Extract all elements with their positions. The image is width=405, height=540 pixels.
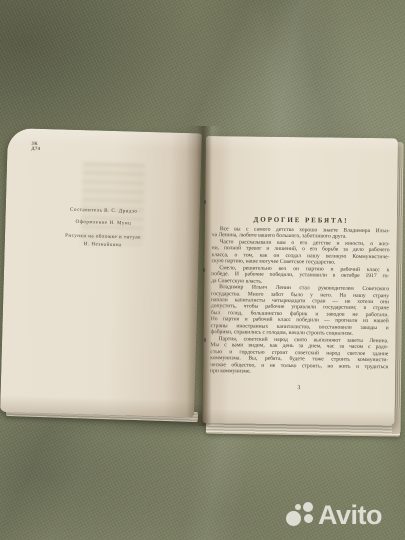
page-heading: ДОРОГИЕ РЕБЯТА! xyxy=(205,215,397,225)
binding-stitch xyxy=(204,338,206,342)
avito-watermark: Avito xyxy=(286,494,402,536)
stamp-line: Д74 xyxy=(31,146,40,152)
credits-block: Составитель В. С. ДридзоОформление Н. Му… xyxy=(23,206,184,250)
photo-scene: 3КД74 Составитель В. С. ДридзоОформление… xyxy=(0,0,405,540)
credit-line: Оформление Н. Мунц xyxy=(23,218,183,228)
binding-stitch xyxy=(204,200,206,204)
right-page: ДОРОГИЕ РЕБЯТА! Все вы с самого детства … xyxy=(202,136,397,425)
credit-line: Составитель В. С. Дридзо xyxy=(24,206,184,216)
body-text: Все вы с самого детства хорошо знаете Вл… xyxy=(210,226,390,377)
binding-stitch xyxy=(203,268,205,272)
left-page: 3КД74 Составитель В. С. ДридзоОформление… xyxy=(0,128,202,417)
avito-logo-icon xyxy=(286,500,318,530)
library-stamp: 3КД74 xyxy=(31,141,40,152)
page-number: 3 xyxy=(203,384,395,392)
avito-wordmark: Avito xyxy=(318,500,382,530)
